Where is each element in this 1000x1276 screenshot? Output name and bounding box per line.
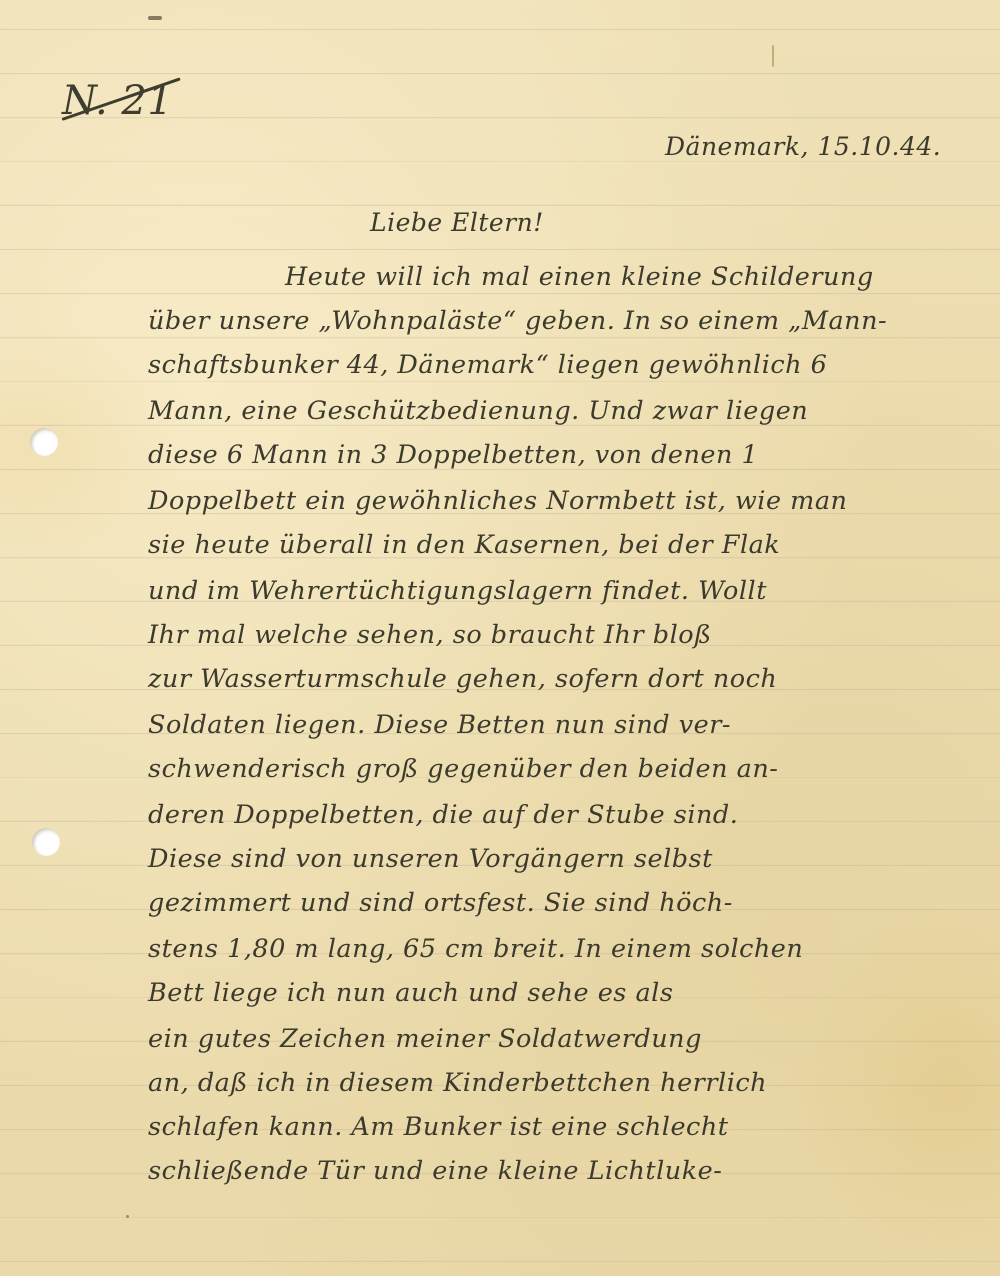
ink-speck (126, 1215, 129, 1218)
letter-line: deren Doppelbetten, die auf der Stube si… (148, 800, 738, 830)
letter-line: schwenderisch groß gegenüber den beiden … (148, 754, 778, 784)
letter-line: an, daß ich in diesem Kinderbettchen her… (148, 1068, 767, 1098)
letter-line: sie heute überall in den Kasernen, bei d… (148, 530, 780, 560)
letter-line: Doppelbett ein gewöhnliches Normbett ist… (148, 486, 847, 516)
letter-line: Mann, eine Geschützbedienung. Und zwar l… (148, 396, 808, 426)
letter-line: Soldaten liegen. Diese Betten nun sind v… (148, 710, 731, 740)
letter-line: Bett liege ich nun auch und sehe es als (148, 978, 673, 1008)
ink-mark (148, 16, 162, 20)
letter-line: ein gutes Zeichen meiner Soldatwerdung (148, 1024, 702, 1054)
punch-hole-bottom (32, 828, 60, 856)
letter-line: zur Wasserturmschule gehen, sofern dort … (148, 664, 777, 694)
letter-line: und im Wehrertüchtigungslagern findet. W… (148, 576, 767, 606)
letter-line: diese 6 Mann in 3 Doppelbetten, von dene… (148, 440, 758, 470)
letter-line: schlafen kann. Am Bunker ist eine schlec… (148, 1112, 729, 1142)
letter-line: Heute will ich mal einen kleine Schilder… (285, 262, 874, 292)
letter-line: über unsere „Wohnpaläste“ geben. In so e… (148, 306, 887, 336)
salutation: Liebe Eltern! (370, 208, 544, 237)
letter-line: stens 1,80 m lang, 65 cm breit. In einem… (148, 934, 803, 964)
letter-line: gezimmert und sind ortsfest. Sie sind hö… (148, 888, 733, 918)
place-date: Dänemark, 15.10.44. (665, 132, 941, 161)
letter-line: Diese sind von unseren Vorgängern selbst (148, 844, 713, 874)
paper-crease-mark (772, 45, 774, 67)
punch-hole-top (30, 428, 58, 456)
letter-line: Ihr mal welche sehen, so braucht Ihr blo… (148, 620, 712, 650)
letter-line: schaftsbunker 44, Dänemark“ liegen gewöh… (148, 350, 827, 380)
letter-line: schließende Tür und eine kleine Lichtluk… (148, 1156, 722, 1186)
letter-page: N. 21 Dänemark, 15.10.44. Liebe Eltern! … (0, 0, 1000, 1276)
